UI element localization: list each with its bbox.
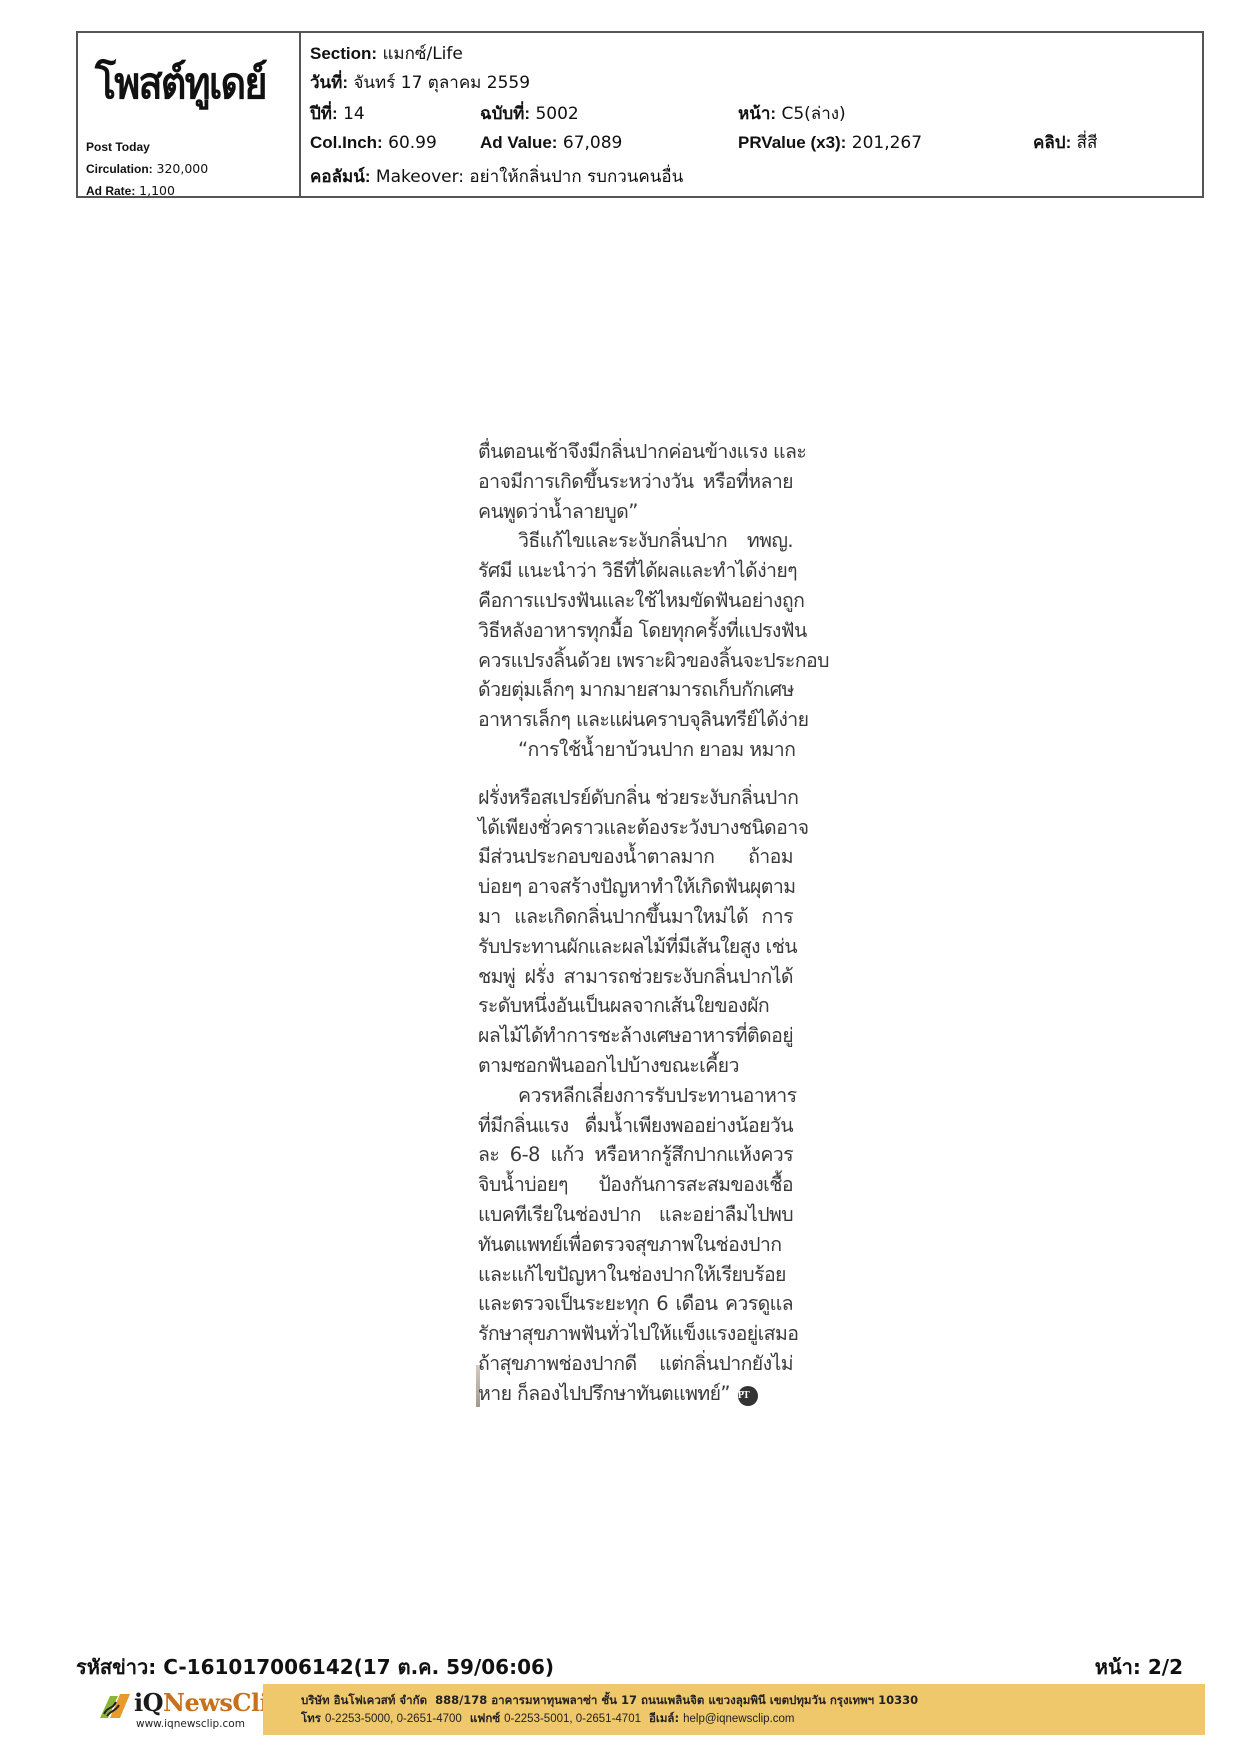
- article-line: บ่อยๆ อาจสร้างปัญหาทำให้เกิดฟันผุตาม: [478, 872, 793, 902]
- col-inch-label: Col.Inch:: [310, 133, 383, 152]
- page-number-label: หน้า:: [1095, 1655, 1141, 1679]
- circulation-value: 320,000: [157, 161, 209, 176]
- date-label: วันที่:: [310, 73, 348, 92]
- article-line: รับประทานผักและผลไม้ที่มีเส้นใยสูง เช่น: [478, 932, 793, 962]
- year-cell: ปีที่: 14: [310, 105, 365, 123]
- article-line: หาย ก็ลองไปปรึกษาทันตแพทย์”: [478, 1382, 730, 1405]
- article-line: และตรวจเป็นระยะทุก 6 เดือน ควรดูแล: [478, 1289, 793, 1319]
- page-value: C5(ล่าง): [781, 104, 845, 124]
- company-address: 888/178 อาคารมหาทุนพลาซ่า ชั้น 17 ถนนเพล…: [435, 1693, 918, 1707]
- clip-label: คลิป:: [1033, 133, 1071, 152]
- section-label: Section:: [310, 44, 377, 63]
- column-row: คอลัมน์: Makeover: อย่าให้กลิ่นปาก รบกวน…: [310, 168, 683, 186]
- ad-value-cell: Ad Value: 67,089: [480, 134, 622, 152]
- company-contacts-line: โทร 0-2253-5000, 0-2651-4700 แฟกซ์ 0-225…: [301, 1709, 1205, 1728]
- article-line: “การใช้น้ำยาบ้วนปาก ยาอม หมาก: [478, 735, 793, 765]
- article-line: ถ้าสุขภาพช่องปากดี แต่กลิ่นปากยังไม่: [478, 1349, 793, 1379]
- article-line: แบคทีเรียในช่องปาก และอย่าลืมไปพบ: [478, 1200, 793, 1230]
- col-inch-value: 60.99: [388, 133, 437, 153]
- publication-panel: โพสต์ทูเดย์ Post Today Circulation: 320,…: [78, 33, 301, 196]
- article-line: อาจมีการเกิดขึ้นระหว่างวัน หรือที่หลาย: [478, 467, 793, 497]
- article-line: ชมพู่ ฝรั่ง สามารถช่วยระงับกลิ่นปากได้: [478, 962, 793, 992]
- section-row: Section: แมกซ์/Life: [310, 45, 463, 63]
- column-break: [478, 765, 793, 783]
- company-address-line: บริษัท อินโฟเควสท์ จำกัด 888/178 อาคารมห…: [301, 1691, 1205, 1709]
- pr-value-label: PRValue (x3):: [738, 133, 846, 152]
- article-line: ได้เพียงชั่วคราวและต้องระวังบางชนิดอาจ: [478, 813, 793, 843]
- article-line: ควรหลีกเลี่ยงการรับประทานอาหาร: [478, 1081, 793, 1111]
- article-line: วิธีแก้ไขและระงับกลิ่นปาก ทพญ.: [478, 526, 793, 556]
- article-line: ทันตแพทย์เพื่อตรวจสุขภาพในช่องปาก: [478, 1230, 793, 1260]
- issue-value: 5002: [535, 104, 578, 124]
- company-name: บริษัท อินโฟเควสท์ จำกัด: [301, 1693, 427, 1707]
- article-line: ที่มีกลิ่นแรง ดื่มน้ำเพียงพออย่างน้อยวัน: [478, 1111, 793, 1141]
- news-code: รหัสข่าว: C-161017006142(17 ต.ค. 59/06:0…: [76, 1651, 554, 1683]
- year-label: ปีที่:: [310, 104, 338, 123]
- fax-value: 0-2253-5001, 0-2651-4701: [504, 1713, 641, 1725]
- phone-value: 0-2253-5000, 0-2651-4700: [325, 1713, 462, 1725]
- iqnewsclip-logo: iQNewsClipTM www.iqnewsclip.com: [98, 1688, 258, 1734]
- article-line: ละ 6-8 แก้ว หรือหากรู้สึกปากแห้งควร: [478, 1140, 793, 1170]
- publication-meta: Post Today Circulation: 320,000 Ad Rate:…: [86, 137, 208, 202]
- clip-cell: คลิป: สี่สี: [1033, 134, 1097, 152]
- article-line: มีส่วนประกอบของน้ำตาลมาก ถ้าอม: [478, 842, 793, 872]
- page-cell: หน้า: C5(ล่าง): [738, 105, 846, 123]
- publication-name: Post Today: [86, 140, 150, 154]
- ad-rate-label: Ad Rate:: [86, 184, 135, 198]
- article-line: ผลไม้ได้ทำการชะล้างเศษอาหารที่ติดอยู่: [478, 1021, 793, 1051]
- year-value: 14: [343, 104, 365, 124]
- date-value: จันทร์ 17 ตุลาคม 2559: [353, 73, 530, 93]
- section-value: แมกซ์/Life: [382, 44, 462, 64]
- column-label: คอลัมน์:: [310, 167, 371, 186]
- company-contact-bar: บริษัท อินโฟเควสท์ จำกัด 888/178 อาคารมห…: [263, 1684, 1205, 1735]
- article-last-line: หาย ก็ลองไปปรึกษาทันตแพทย์”PT: [478, 1379, 793, 1409]
- ad-rate-value: 1,100: [139, 183, 175, 198]
- article-line: และแก้ไขปัญหาในช่องปากให้เรียบร้อย: [478, 1260, 793, 1290]
- phone-label: โทร: [301, 1711, 321, 1725]
- news-code-label: รหัสข่าว:: [76, 1655, 156, 1679]
- clip-header: โพสต์ทูเดย์ Post Today Circulation: 320,…: [76, 31, 1204, 198]
- article-line: มา และเกิดกลิ่นปากขึ้นมาใหม่ได้ การ: [478, 902, 793, 932]
- article-line: วิธีหลังอาหารทุกมื้อ โดยทุกครั้งที่แปรงฟ…: [478, 616, 793, 646]
- pr-value-value: 201,267: [852, 133, 922, 153]
- fax-label: แฟกซ์: [470, 1711, 500, 1725]
- circulation-label: Circulation:: [86, 162, 153, 176]
- article-line: คือการแปรงฟันและใช้ไหมขัดฟันอย่างถูก: [478, 586, 793, 616]
- page-number-value: 2/2: [1148, 1655, 1183, 1679]
- email-value[interactable]: help@iqnewsclip.com: [683, 1713, 794, 1725]
- article-line: ระดับหนึ่งอันเป็นผลจากเส้นใยของผัก: [478, 991, 793, 1021]
- article-line: คนพูดว่าน้ำลายบูด”: [478, 497, 793, 527]
- col-inch-cell: Col.Inch: 60.99: [310, 134, 437, 152]
- news-code-value: C-161017006142(17 ต.ค. 59/06:06): [163, 1655, 554, 1679]
- issue-label: ฉบับที่:: [480, 104, 530, 123]
- post-today-logo: โพสต์ทูเดย์: [86, 63, 275, 106]
- clip-value: สี่สี: [1077, 133, 1098, 153]
- article-line: ตามซอกฟันออกไปบ้างขณะเคี้ยว: [478, 1051, 793, 1081]
- article-line: รัศมี แนะนำว่า วิธีที่ได้ผลและทำได้ง่ายๆ: [478, 556, 793, 586]
- page-number: หน้า: 2/2: [1095, 1651, 1183, 1683]
- column-value: Makeover: อย่าให้กลิ่นปาก รบกวนคนอื่น: [376, 167, 683, 187]
- pr-value-cell: PRValue (x3): 201,267: [738, 134, 922, 152]
- post-today-end-badge-icon: PT: [738, 1386, 758, 1406]
- article-line: ด้วยตุ่มเล็กๆ มากมายสามารถเก็บกักเศษ: [478, 675, 793, 705]
- article-line: รักษาสุขภาพฟันทั่วไปให้แข็งแรงอยู่เสมอ: [478, 1319, 793, 1349]
- article-line: ควรแปรงลิ้นด้วย เพราะผิวของลิ้นจะประกอบ: [478, 646, 793, 676]
- article-line: ตื่นตอนเช้าจึงมีกลิ่นปากค่อนข้างแรง และ: [478, 437, 793, 467]
- article-line: อาหารเล็กๆ และแผ่นคราบจุลินทรีย์ได้ง่าย: [478, 705, 793, 735]
- iqnewsclip-mark-icon: [98, 1692, 132, 1722]
- article-line: จิบน้ำบ่อยๆ ป้องกันการสะสมของเชื้อ: [478, 1170, 793, 1200]
- page-label: หน้า:: [738, 104, 776, 123]
- iqnewsclip-url: www.iqnewsclip.com: [136, 1718, 245, 1730]
- article-line: ฝรั่งหรือสเปรย์ดับกลิ่น ช่วยระงับกลิ่นปา…: [478, 783, 793, 813]
- ad-value-value: 67,089: [563, 133, 622, 153]
- email-label: อีเมล์:: [649, 1711, 679, 1725]
- article-clipping: ตื่นตอนเช้าจึงมีกลิ่นปากค่อนข้างแรง และ …: [478, 437, 793, 1409]
- ad-value-label: Ad Value:: [480, 133, 557, 152]
- date-row: วันที่: จันทร์ 17 ตุลาคม 2559: [310, 74, 530, 92]
- issue-cell: ฉบับที่: 5002: [480, 105, 579, 123]
